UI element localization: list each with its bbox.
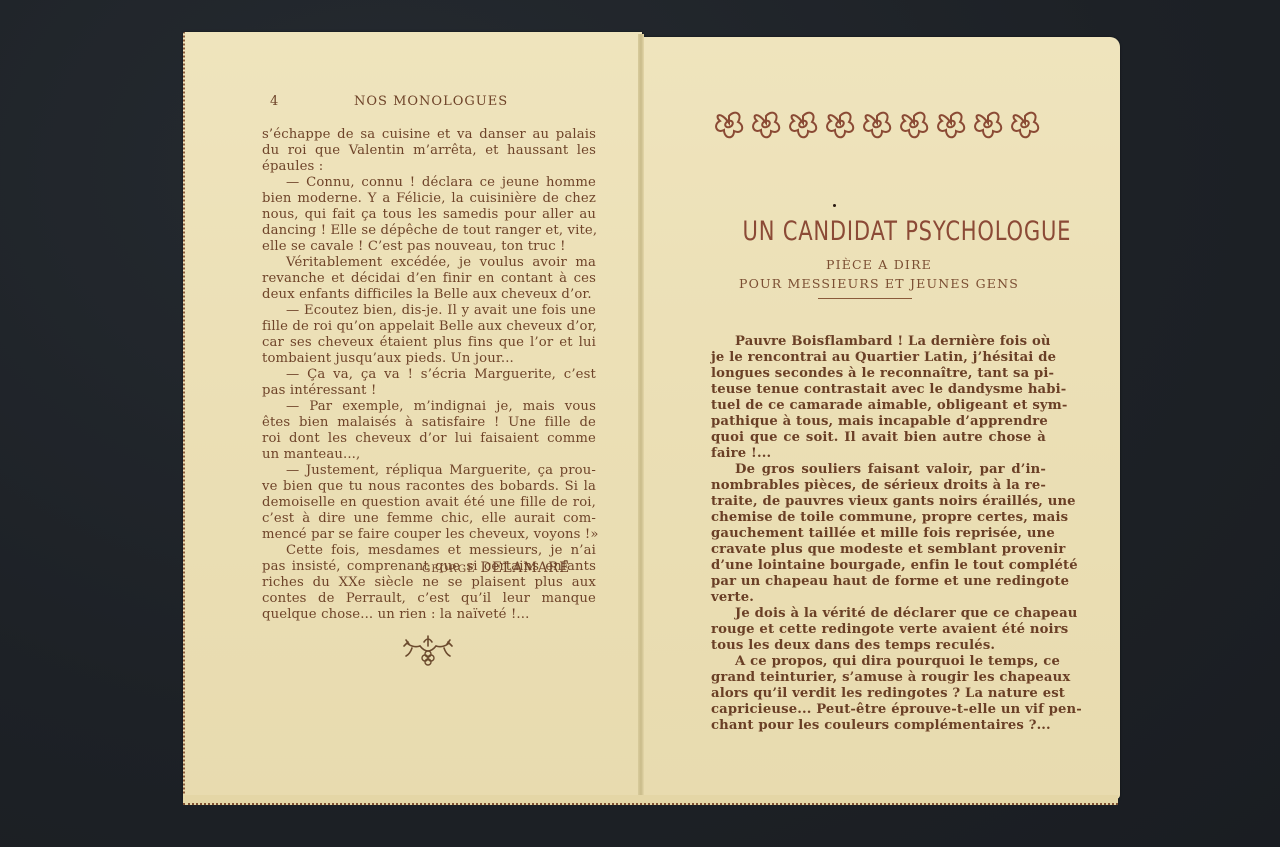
text-line: par un chapeau haut de forme et une redi… — [711, 574, 1046, 590]
text-line: deux enfants difficiles la Belle aux che… — [262, 287, 596, 303]
piece-audience: POUR MESSIEURS ET JEUNES GENS — [700, 276, 1058, 291]
text-line: verte. — [711, 590, 1046, 606]
flower-icon — [971, 106, 1005, 142]
text-line: chemise de toile commune, propre certes,… — [711, 510, 1046, 526]
text-line: cravate plus que modeste et semblant pro… — [711, 542, 1046, 558]
text-line: traite, de pauvres vieux gants noirs éra… — [711, 494, 1046, 510]
text-line: A ce propos, qui dira pourquoi le temps,… — [711, 654, 1046, 670]
text-line: roi dont les cheveux d’or lui faisaient … — [262, 431, 596, 447]
right-body-text: Pauvre Boisflambard ! La dernière fois o… — [711, 334, 1046, 734]
flower-icon — [897, 106, 931, 142]
text-line: s’échappe de sa cuisine et va danser au … — [262, 127, 596, 143]
text-line: bien moderne. Y a Félicie, la cuisinière… — [262, 191, 596, 207]
text-line: Cette fois, mesdames et messieurs, je n’… — [262, 543, 596, 559]
text-line: contes de Perrault, c’est qu’il leur man… — [262, 591, 596, 607]
author-signature: George DELAMARE — [422, 560, 570, 576]
text-line: tuel de ce camarade aimable, obligeant e… — [711, 398, 1046, 414]
book-spine — [638, 34, 644, 804]
title-rule-divider — [818, 298, 912, 299]
text-line: un manteau..., — [262, 447, 596, 463]
text-line: pathique à tous, mais incapable d’appren… — [711, 414, 1046, 430]
text-line: épaules : — [262, 159, 596, 175]
text-line: rouge et cette redingote verte avaient é… — [711, 622, 1046, 638]
text-line: nous, qui fait ça tous les samedis pour … — [262, 207, 596, 223]
piece-title: UN CANDIDAT PSYCHOLOGUE — [743, 216, 1016, 247]
flower-icon — [934, 106, 968, 142]
text-line: ve bien que tu nous racontes des bobards… — [262, 479, 596, 495]
open-booklet: 4 NOS MONOLOGUES s’échappe de sa cuisine… — [0, 0, 1280, 847]
text-line: — Ecoutez bien, dis-je. Il y avait une f… — [262, 303, 596, 319]
text-line: faire !... — [711, 446, 1046, 462]
text-line: — Connu, connu ! déclara ce jeune homme — [262, 175, 596, 191]
text-line: De gros souliers faisant valoir, par d’i… — [711, 462, 1046, 478]
floral-tailpiece-icon — [398, 632, 458, 672]
text-line: mencé par se faire couper les cheveux, v… — [262, 527, 596, 543]
flower-icon — [860, 106, 894, 142]
ink-speck — [833, 204, 836, 207]
text-line: grand teinturier, s’amuse à rougir les c… — [711, 670, 1046, 686]
text-line: pas intéressant ! — [262, 383, 596, 399]
flower-icon — [786, 106, 820, 142]
text-line: nombrables pièces, de sérieux droits à l… — [711, 478, 1046, 494]
page-number: 4 — [270, 94, 279, 109]
text-line: Je dois à la vérité de déclarer que ce c… — [711, 606, 1046, 622]
author-first-name: George — [422, 563, 475, 575]
text-line: gauchement taillée et mille fois reprisé… — [711, 526, 1046, 542]
flower-icon — [712, 106, 746, 142]
text-line: je le rencontrai au Quartier Latin, j’hé… — [711, 350, 1046, 366]
text-line: car ses cheveux étaient plus fins que l’… — [262, 335, 596, 351]
text-line: alors qu’il verdit les redingotes ? La n… — [711, 686, 1046, 702]
text-line: Pauvre Boisflambard ! La dernière fois o… — [711, 334, 1046, 350]
piece-subtitle: PIÈCE A DIRE — [704, 257, 1054, 272]
flower-icon — [749, 106, 783, 142]
text-line: c’est à dire une femme chic, elle aurait… — [262, 511, 596, 527]
running-head: NOS MONOLOGUES — [354, 94, 508, 109]
text-line: quelque chose... un rien : la naïveté !.… — [262, 607, 596, 623]
flower-icon — [1008, 106, 1042, 142]
text-line: — Ça va, ça va ! s’écria Marguerite, c’e… — [262, 367, 596, 383]
text-line: quoi que ce soit. Il avait bien autre ch… — [711, 430, 1046, 446]
text-line: — Justement, répliqua Marguerite, ça pro… — [262, 463, 596, 479]
author-last-name: DELAMARE — [481, 560, 570, 576]
text-line: chant pour les couleurs complémentaires … — [711, 718, 1046, 734]
text-line: — Par exemple, m’indignai je, mais vous — [262, 399, 596, 415]
text-line: fille de roi qu’on appelait Belle aux ch… — [262, 319, 596, 335]
text-line: capricieuse... Peut-être éprouve-t-elle … — [711, 702, 1046, 718]
text-line: revanche et décidai d’en finir en contan… — [262, 271, 596, 287]
flower-border-ornament — [712, 106, 1042, 142]
text-line: tombaient jusqu’aux pieds. Un jour... — [262, 351, 596, 367]
flower-icon — [823, 106, 857, 142]
text-line: riches du XXe siècle ne se plaisent plus… — [262, 575, 596, 591]
text-line: d’une lointaine bourgade, enfin le tout … — [711, 558, 1046, 574]
text-line: Véritablement excédée, je voulus avoir m… — [262, 255, 596, 271]
text-line: tous les deux dans des temps reculés. — [711, 638, 1046, 654]
text-line: longues secondes à le reconnaître, tant … — [711, 366, 1046, 382]
text-line: dancing ! Elle se dépêche de tout ranger… — [262, 223, 596, 239]
left-body-text: s’échappe de sa cuisine et va danser au … — [262, 127, 596, 623]
text-line: teuse tenue contrastait avec le dandysme… — [711, 382, 1046, 398]
text-line: demoiselle en question avait été une fil… — [262, 495, 596, 511]
text-line: êtes bien malaisés à satisfaire ! Une fi… — [262, 415, 596, 431]
text-line: du roi que Valentin m’arrêta, et haussan… — [262, 143, 596, 159]
bottom-page-edge — [183, 795, 1118, 805]
text-line: elle se cavale ! C’est pas nouveau, ton … — [262, 239, 596, 255]
